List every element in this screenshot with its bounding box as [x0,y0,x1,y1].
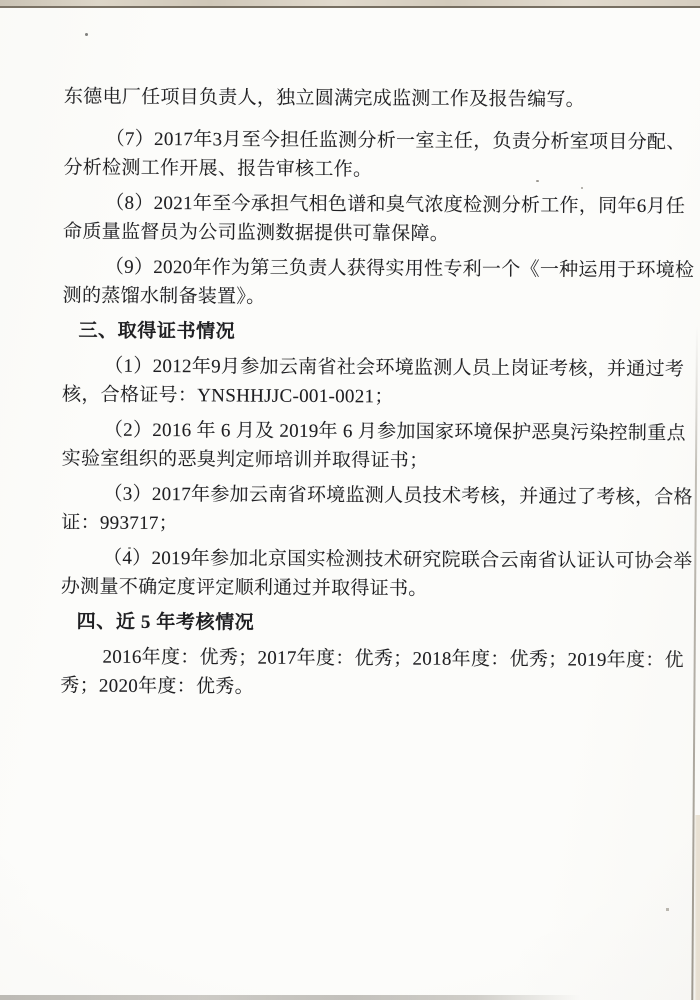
scanner-edge-bottom [0,995,580,1000]
section-3: 三、取得证书情况 [62,316,686,349]
text-line: 证：993717； [61,508,685,541]
text-line: （1）2012年9月参加云南省社会环境监测人员上岗证考核，并通过考 [62,351,686,384]
text-line: 东德电厂任项目负责人，独立圆满完成监测工作及报告编写。 [64,82,688,115]
text-line: 办测量不确定度评定顺利通过并取得证书。 [61,572,685,605]
document-body: 东德电厂任项目负责人，独立圆满完成监测工作及报告编写。 （7）2017年3月至今… [60,82,688,710]
scan-speck [85,33,88,36]
text-line: 命质量监督员为公司监测数据提供可靠保障。 [63,217,687,250]
paragraph-cert-1: （1）2012年9月参加云南省社会环境监测人员上岗证考核，并通过考 核，合格证号… [62,351,686,413]
paragraph-item-8: （8）2021年至今承担气相色谱和臭气浓度检测分析工作，同年6月任 命质量监督员… [63,188,687,250]
paragraph-appraisal: 2016年度：优秀；2017年度：优秀；2018年度：优秀；2019年度：优 秀… [60,642,684,704]
scan-speck [581,187,583,189]
scanned-page: 东德电厂任项目负责人，独立圆满完成监测工作及报告编写。 （7）2017年3月至今… [0,0,700,1000]
text-line: 实验室组织的恶臭判定师培训并取得证书； [62,444,686,477]
text-line: 测的蒸馏水制备装置》。 [63,281,687,314]
scan-speck [368,224,371,226]
paragraph-item-9: （9）2020年作为第三负责人获得实用性专利一个《一种运用于环境检 测的蒸馏水制… [63,252,687,314]
paragraph-item-7: （7）2017年3月至今担任监测分析一室主任，负责分析室项目分配、 分析检测工作… [63,124,687,186]
scan-speck [128,547,131,549]
text-line: （7）2017年3月至今担任监测分析一室主任，负责分析室项目分配、 [64,124,688,157]
scanner-edge-top [0,0,700,8]
paragraph-cert-4: （4）2019年参加北京国实检测技术研究院联合云南省认证认可协会举 办测量不确定… [61,543,685,605]
paragraph-continuation: 东德电厂任项目负责人，独立圆满完成监测工作及报告编写。 [64,82,688,115]
text-line: （2）2016 年 6 月及 2019年 6 月参加国家环境保护恶臭污染控制重点 [62,415,686,448]
scan-speck [536,180,539,182]
text-line: 秀；2020年度：优秀。 [60,671,684,704]
text-line: （3）2017年参加云南省环境监测人员技术考核，并通过了考核，合格 [61,479,685,512]
paragraph-cert-2: （2）2016 年 6 月及 2019年 6 月参加国家环境保护恶臭污染控制重点… [62,415,686,477]
text-line: 2016年度：优秀；2017年度：优秀；2018年度：优秀；2019年度：优 [60,642,684,675]
text-line: （9）2020年作为第三负责人获得实用性专利一个《一种运用于环境检 [63,252,687,285]
text-line: 分析检测工作开展、报告审核工作。 [63,153,687,186]
section-4: 四、近 5 年考核情况 [61,607,685,640]
text-line: （8）2021年至今承担气相色谱和臭气浓度检测分析工作，同年6月任 [63,188,687,221]
scan-speck [666,908,669,911]
section-heading-certificates: 三、取得证书情况 [62,316,686,349]
text-line: （4）2019年参加北京国实检测技术研究院联合云南省认证认可协会举 [61,543,685,576]
text-line: 核，合格证号：YNSHHJJC-001-0021； [62,380,686,413]
section-heading-appraisal: 四、近 5 年考核情况 [61,607,685,640]
paragraph-cert-3: （3）2017年参加云南省环境监测人员技术考核，并通过了考核，合格 证：9937… [61,479,685,541]
paper-edge-right-fill [694,815,700,1000]
